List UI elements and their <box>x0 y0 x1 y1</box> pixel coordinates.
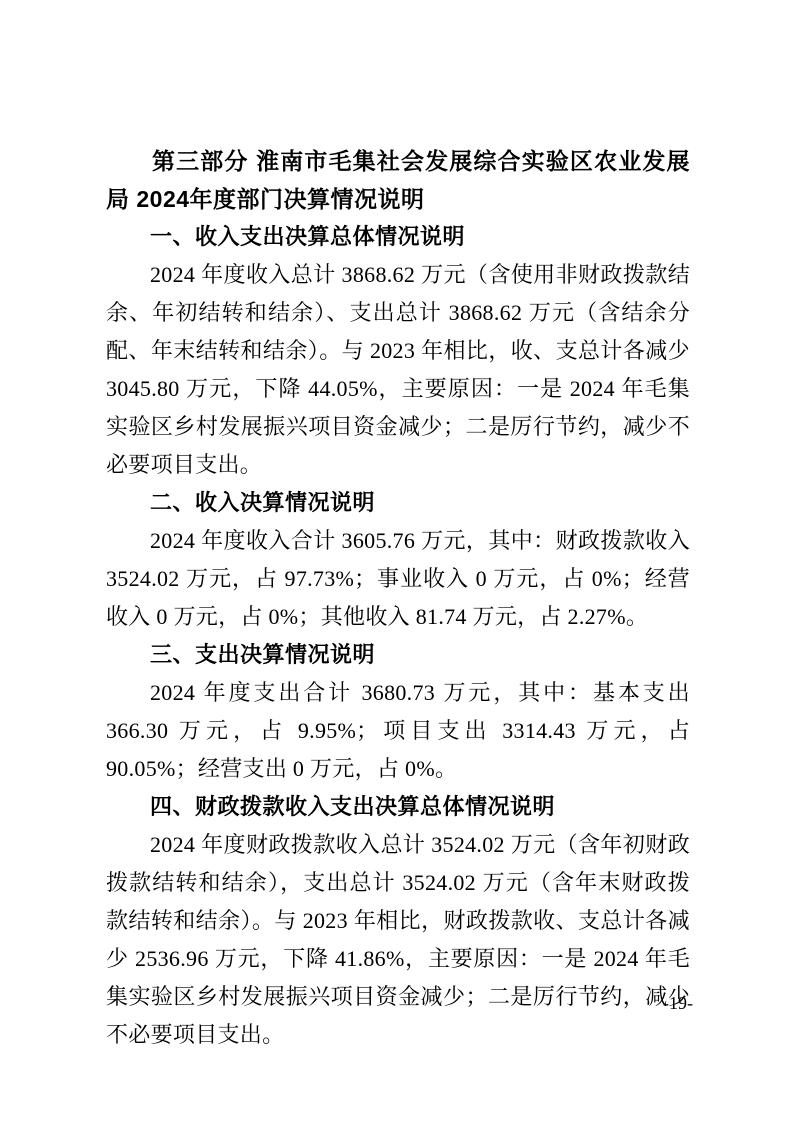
section-heading-3: 三、支出决算情况说明 <box>106 636 690 674</box>
section-4-paragraph: 2024 年度财政拨款收入总计 3524.02 万元（含年初财政拨款结转和结余）… <box>106 826 690 1054</box>
document-title: 第三部分 淮南市毛集社会发展综合实验区农业发展局 2024年度部门决算情况说明 <box>106 142 690 218</box>
section-2-paragraph: 2024 年度收入合计 3605.76 万元，其中：财政拨款收入 3524.02… <box>106 522 690 636</box>
page-number: -19- <box>663 993 693 1013</box>
section-heading-1: 一、收入支出决算总体情况说明 <box>106 218 690 256</box>
document-page: 第三部分 淮南市毛集社会发展综合实验区农业发展局 2024年度部门决算情况说明 … <box>0 0 794 1122</box>
section-heading-4: 四、财政拨款收入支出决算总体情况说明 <box>106 788 690 826</box>
section-1-paragraph: 2024 年度收入总计 3868.62 万元（含使用非财政拨款结余、年初结转和结… <box>106 256 690 484</box>
section-3-paragraph: 2024 年度支出合计 3680.73 万元，其中：基本支出 366.30 万元… <box>106 674 690 788</box>
section-heading-2: 二、收入决算情况说明 <box>106 484 690 522</box>
document-content: 第三部分 淮南市毛集社会发展综合实验区农业发展局 2024年度部门决算情况说明 … <box>106 142 690 1054</box>
